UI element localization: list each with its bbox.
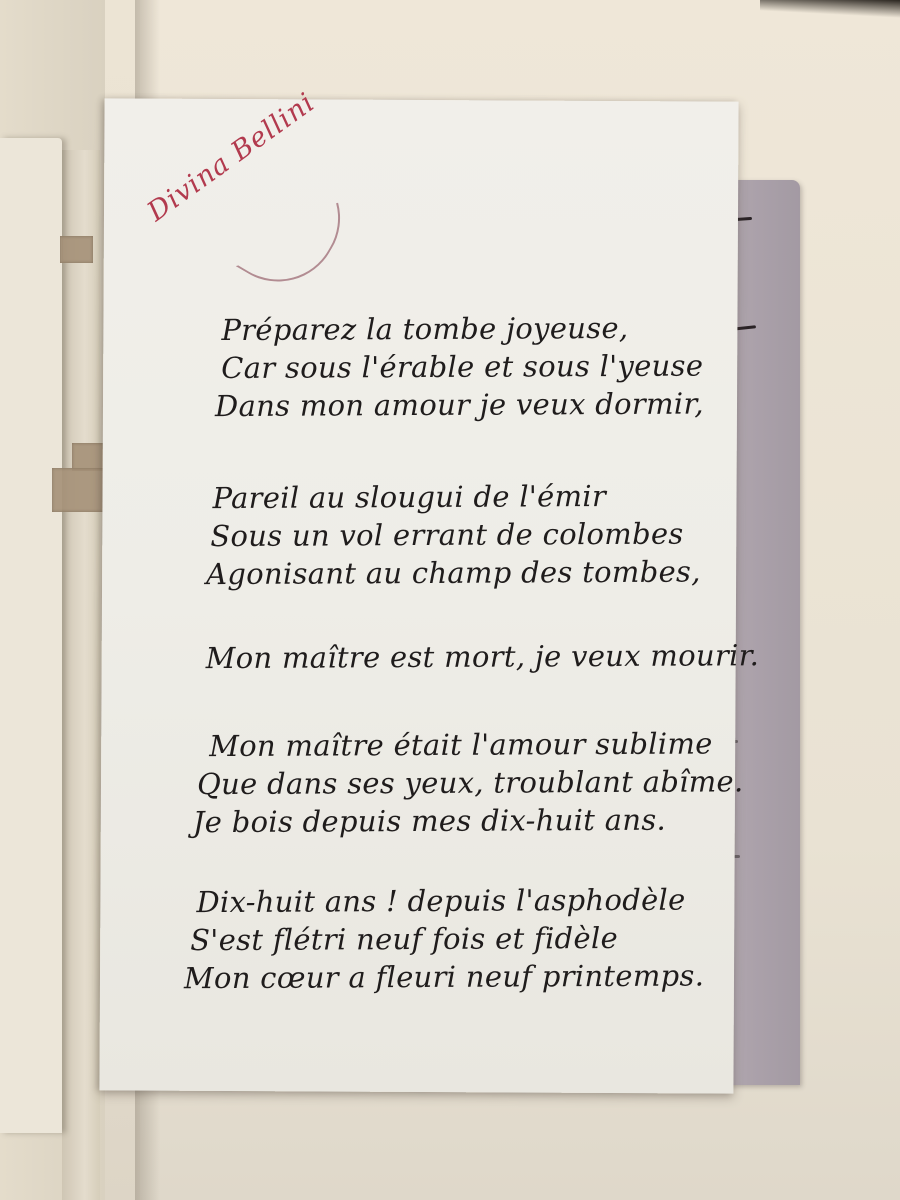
left-page-fold [62, 150, 100, 1200]
poem-line: S'est flétri neuf fois et fidèle [100, 918, 734, 959]
poem-line: Mon maître était l'amour sublime [101, 724, 735, 765]
ink-mark [734, 855, 740, 858]
poem-line: Car sous l'érable et sous l'yeuse [103, 346, 737, 387]
poem-line: Mon maître est mort, je veux mourir. [102, 636, 736, 677]
poem-line: Dans mon amour je veux dormir, [103, 384, 737, 425]
poem-line: Je bois depuis mes dix-huit ans. [101, 800, 735, 841]
poem-line: Pareil au slougui de l'émir [102, 476, 736, 517]
stanza-3: Mon maître est mort, je veux mourir. [102, 636, 736, 677]
poem-line: Dix-huit ans ! depuis l'asphodèle [100, 880, 734, 921]
manuscript-sheet: Divina Bellini Préparez la tombe joyeuse… [99, 98, 738, 1093]
poem-line: Mon cœur a fleuri neuf printemps. [100, 956, 734, 997]
poem-line: Préparez la tombe joyeuse, [103, 308, 737, 349]
dedication-flourish [236, 159, 362, 303]
left-loose-sheet [0, 138, 62, 1133]
stanza-5: Dix-huit ans ! depuis l'asphodèle S'est … [100, 880, 735, 997]
stanza-2: Pareil au slougui de l'émir Sous un vol … [102, 476, 737, 593]
stanza-1: Préparez la tombe joyeuse, Car sous l'ér… [103, 308, 738, 425]
poem-line: Que dans ses yeux, troublant abîme. [101, 762, 735, 803]
stanza-4: Mon maître était l'amour sublime Que dan… [101, 724, 736, 841]
poem-line: Agonisant au champ des tombes, [102, 552, 736, 593]
poem-line: Sous un vol errant de colombes [102, 514, 736, 555]
hinge-tape-top [60, 236, 93, 263]
